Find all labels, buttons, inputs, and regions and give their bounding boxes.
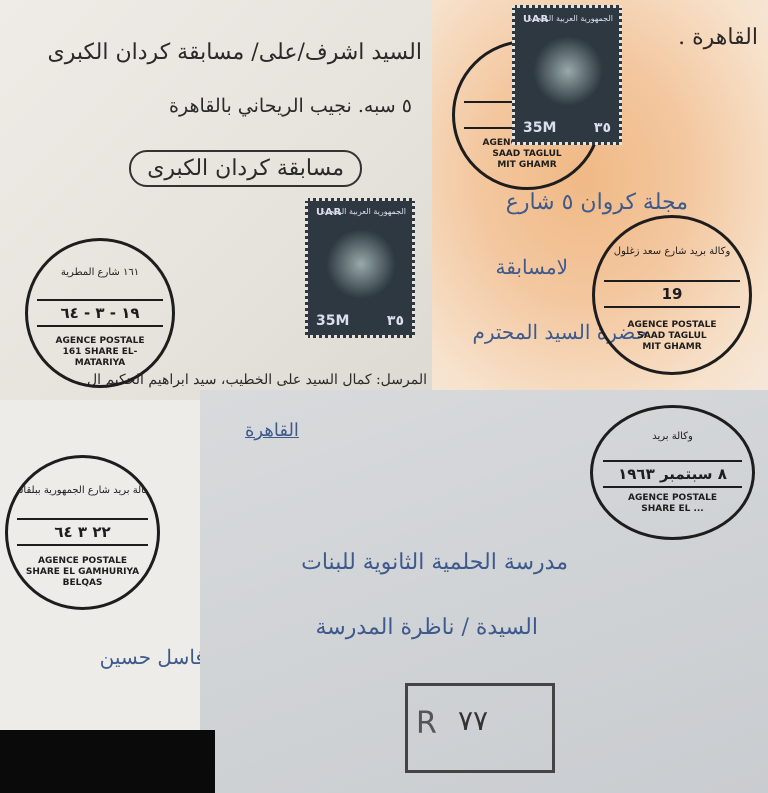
eagle-emblem-icon — [533, 36, 603, 106]
registration-label: R ٧٧ — [405, 683, 555, 773]
postage-stamp: UAR الجمهورية العربية المتحدة 35M ٣٥ — [512, 5, 622, 145]
address-line: فاسل حسين — [100, 645, 205, 669]
postmark: وكالة بريد شارع الجمهورية ببلقاس ٢٢ ٣ ٦٤… — [5, 455, 160, 610]
cover-top-right: القاهرة . مجلة كروان ٥ شارع لامسابقة حضر… — [432, 0, 768, 395]
address-line: لامسابقة — [496, 255, 568, 279]
address-line: مدرسة الحلمية الثانوية للبنات — [301, 550, 568, 575]
address-line: السيد اشرف/على/ مسابقة كردان الكبرى — [48, 40, 422, 65]
address-line: ٥ سبه. نجيب الريحاني بالقاهرة — [169, 95, 412, 117]
city-line: القاهرة . — [678, 25, 758, 50]
cover-bottom-left: وكالة بريد شارع الجمهورية ببلقاس ٢٢ ٣ ٦٤… — [0, 400, 215, 730]
city-line: القاهرة — [245, 420, 299, 441]
postmark: ١٦١ شارع المطرية ١٩ - ٣ - ٦٤ AGENCE POST… — [25, 238, 175, 388]
eagle-emblem-icon — [326, 229, 396, 299]
postage-stamp: UAR الجمهورية العربية المتحدة 35M ٣٥ — [305, 198, 415, 338]
address-line: مجلة كروان ٥ شارع — [506, 190, 688, 215]
address-line-boxed: مسابقة كردان الكبرى — [129, 150, 362, 187]
postmark: وكالة بريد شارع سعد زغلول 19 AGENCE POST… — [592, 215, 752, 375]
postmark: وكالة بريد ٨ سبتمبر ١٩٦٣ AGENCE POSTALE … — [590, 405, 755, 540]
cover-top-left: السيد اشرف/على/ مسابقة كردان الكبرى ٥ سب… — [0, 0, 432, 420]
background-corner — [0, 730, 215, 793]
address-line: السيدة / ناظرة المدرسة — [316, 615, 538, 640]
